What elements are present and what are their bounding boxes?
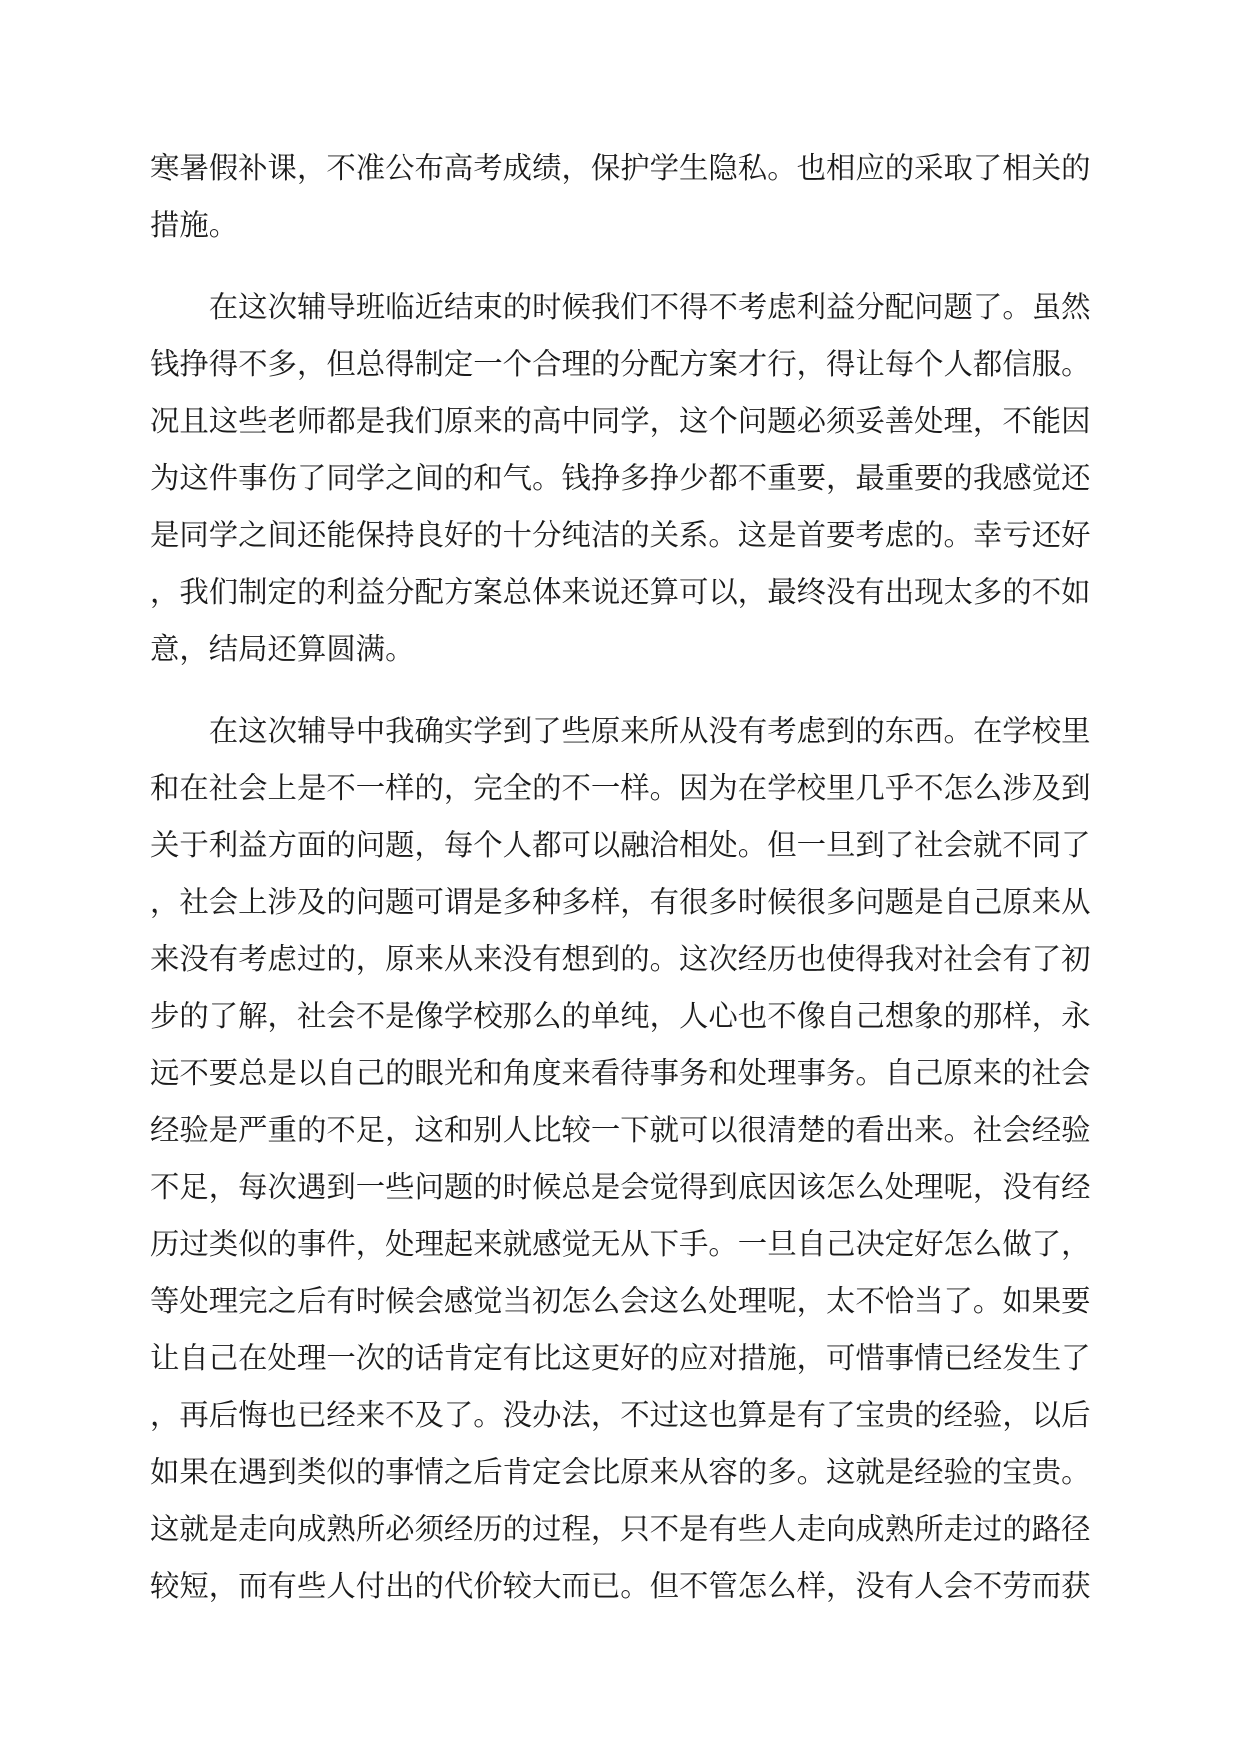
- paragraph-1: 寒暑假补课，不准公布高考成绩，保护学生隐私。也相应的采取了相关的 措施。: [150, 141, 1091, 255]
- text-line: 等处理完之后有时候会感觉当初怎么会这么处理呢，太不恰当了。如果要: [150, 1274, 1091, 1331]
- text-line: 这就是走向成熟所必须经历的过程，只不是有些人走向成熟所走过的路径: [150, 1502, 1091, 1559]
- text-line: ，我们制定的利益分配方案总体来说还算可以，最终没有出现太多的不如: [150, 565, 1091, 622]
- text-line: 让自己在处理一次的话肯定有比这更好的应对措施，可惜事情已经发生了: [150, 1331, 1091, 1388]
- text-line: 步的了解，社会不是像学校那么的单纯，人心也不像自己想象的那样，永: [150, 989, 1091, 1046]
- text-line: 不足，每次遇到一些问题的时候总是会觉得到底因该怎么处理呢，没有经: [150, 1160, 1091, 1217]
- text-line: 如果在遇到类似的事情之后肯定会比原来从容的多。这就是经验的宝贵。: [150, 1445, 1091, 1502]
- text-line: 经验是严重的不足，这和别人比较一下就可以很清楚的看出来。社会经验: [150, 1103, 1091, 1160]
- text-line: 远不要总是以自己的眼光和角度来看待事务和处理事务。自己原来的社会: [150, 1046, 1091, 1103]
- text-line: 寒暑假补课，不准公布高考成绩，保护学生隐私。也相应的采取了相关的: [150, 141, 1091, 198]
- text-line: 在这次辅导班临近结束的时候我们不得不考虑利益分配问题了。虽然: [150, 280, 1091, 337]
- text-line: 在这次辅导中我确实学到了些原来所从没有考虑到的东西。在学校里: [150, 704, 1091, 761]
- text-line: 历过类似的事件，处理起来就感觉无从下手。一旦自己决定好怎么做了，: [150, 1217, 1091, 1274]
- text-line: 来没有考虑过的，原来从来没有想到的。这次经历也使得我对社会有了初: [150, 932, 1091, 989]
- paragraph-3: 在这次辅导中我确实学到了些原来所从没有考虑到的东西。在学校里 和在社会上是不一样…: [150, 704, 1091, 1616]
- text-line: 关于利益方面的问题，每个人都可以融洽相处。但一旦到了社会就不同了: [150, 818, 1091, 875]
- text-line: 是同学之间还能保持良好的十分纯洁的关系。这是首要考虑的。幸亏还好: [150, 508, 1091, 565]
- text-line: ，再后悔也已经来不及了。没办法，不过这也算是有了宝贵的经验，以后: [150, 1388, 1091, 1445]
- text-line: ，社会上涉及的问题可谓是多种多样，有很多时候很多问题是自己原来从: [150, 875, 1091, 932]
- text-line: 措施。: [150, 198, 1091, 255]
- text-line: 意，结局还算圆满。: [150, 622, 1091, 679]
- text-line: 为这件事伤了同学之间的和气。钱挣多挣少都不重要，最重要的我感觉还: [150, 451, 1091, 508]
- text-line: 况且这些老师都是我们原来的高中同学，这个问题必须妥善处理，不能因: [150, 394, 1091, 451]
- text-line: 和在社会上是不一样的，完全的不一样。因为在学校里几乎不怎么涉及到: [150, 761, 1091, 818]
- paragraph-2: 在这次辅导班临近结束的时候我们不得不考虑利益分配问题了。虽然 钱挣得不多，但总得…: [150, 280, 1091, 679]
- text-line: 较短，而有些人付出的代价较大而已。但不管怎么样，没有人会不劳而获: [150, 1559, 1091, 1616]
- document-page: 寒暑假补课，不准公布高考成绩，保护学生隐私。也相应的采取了相关的 措施。 在这次…: [0, 0, 1241, 1754]
- text-line: 钱挣得不多，但总得制定一个合理的分配方案才行，得让每个人都信服。: [150, 337, 1091, 394]
